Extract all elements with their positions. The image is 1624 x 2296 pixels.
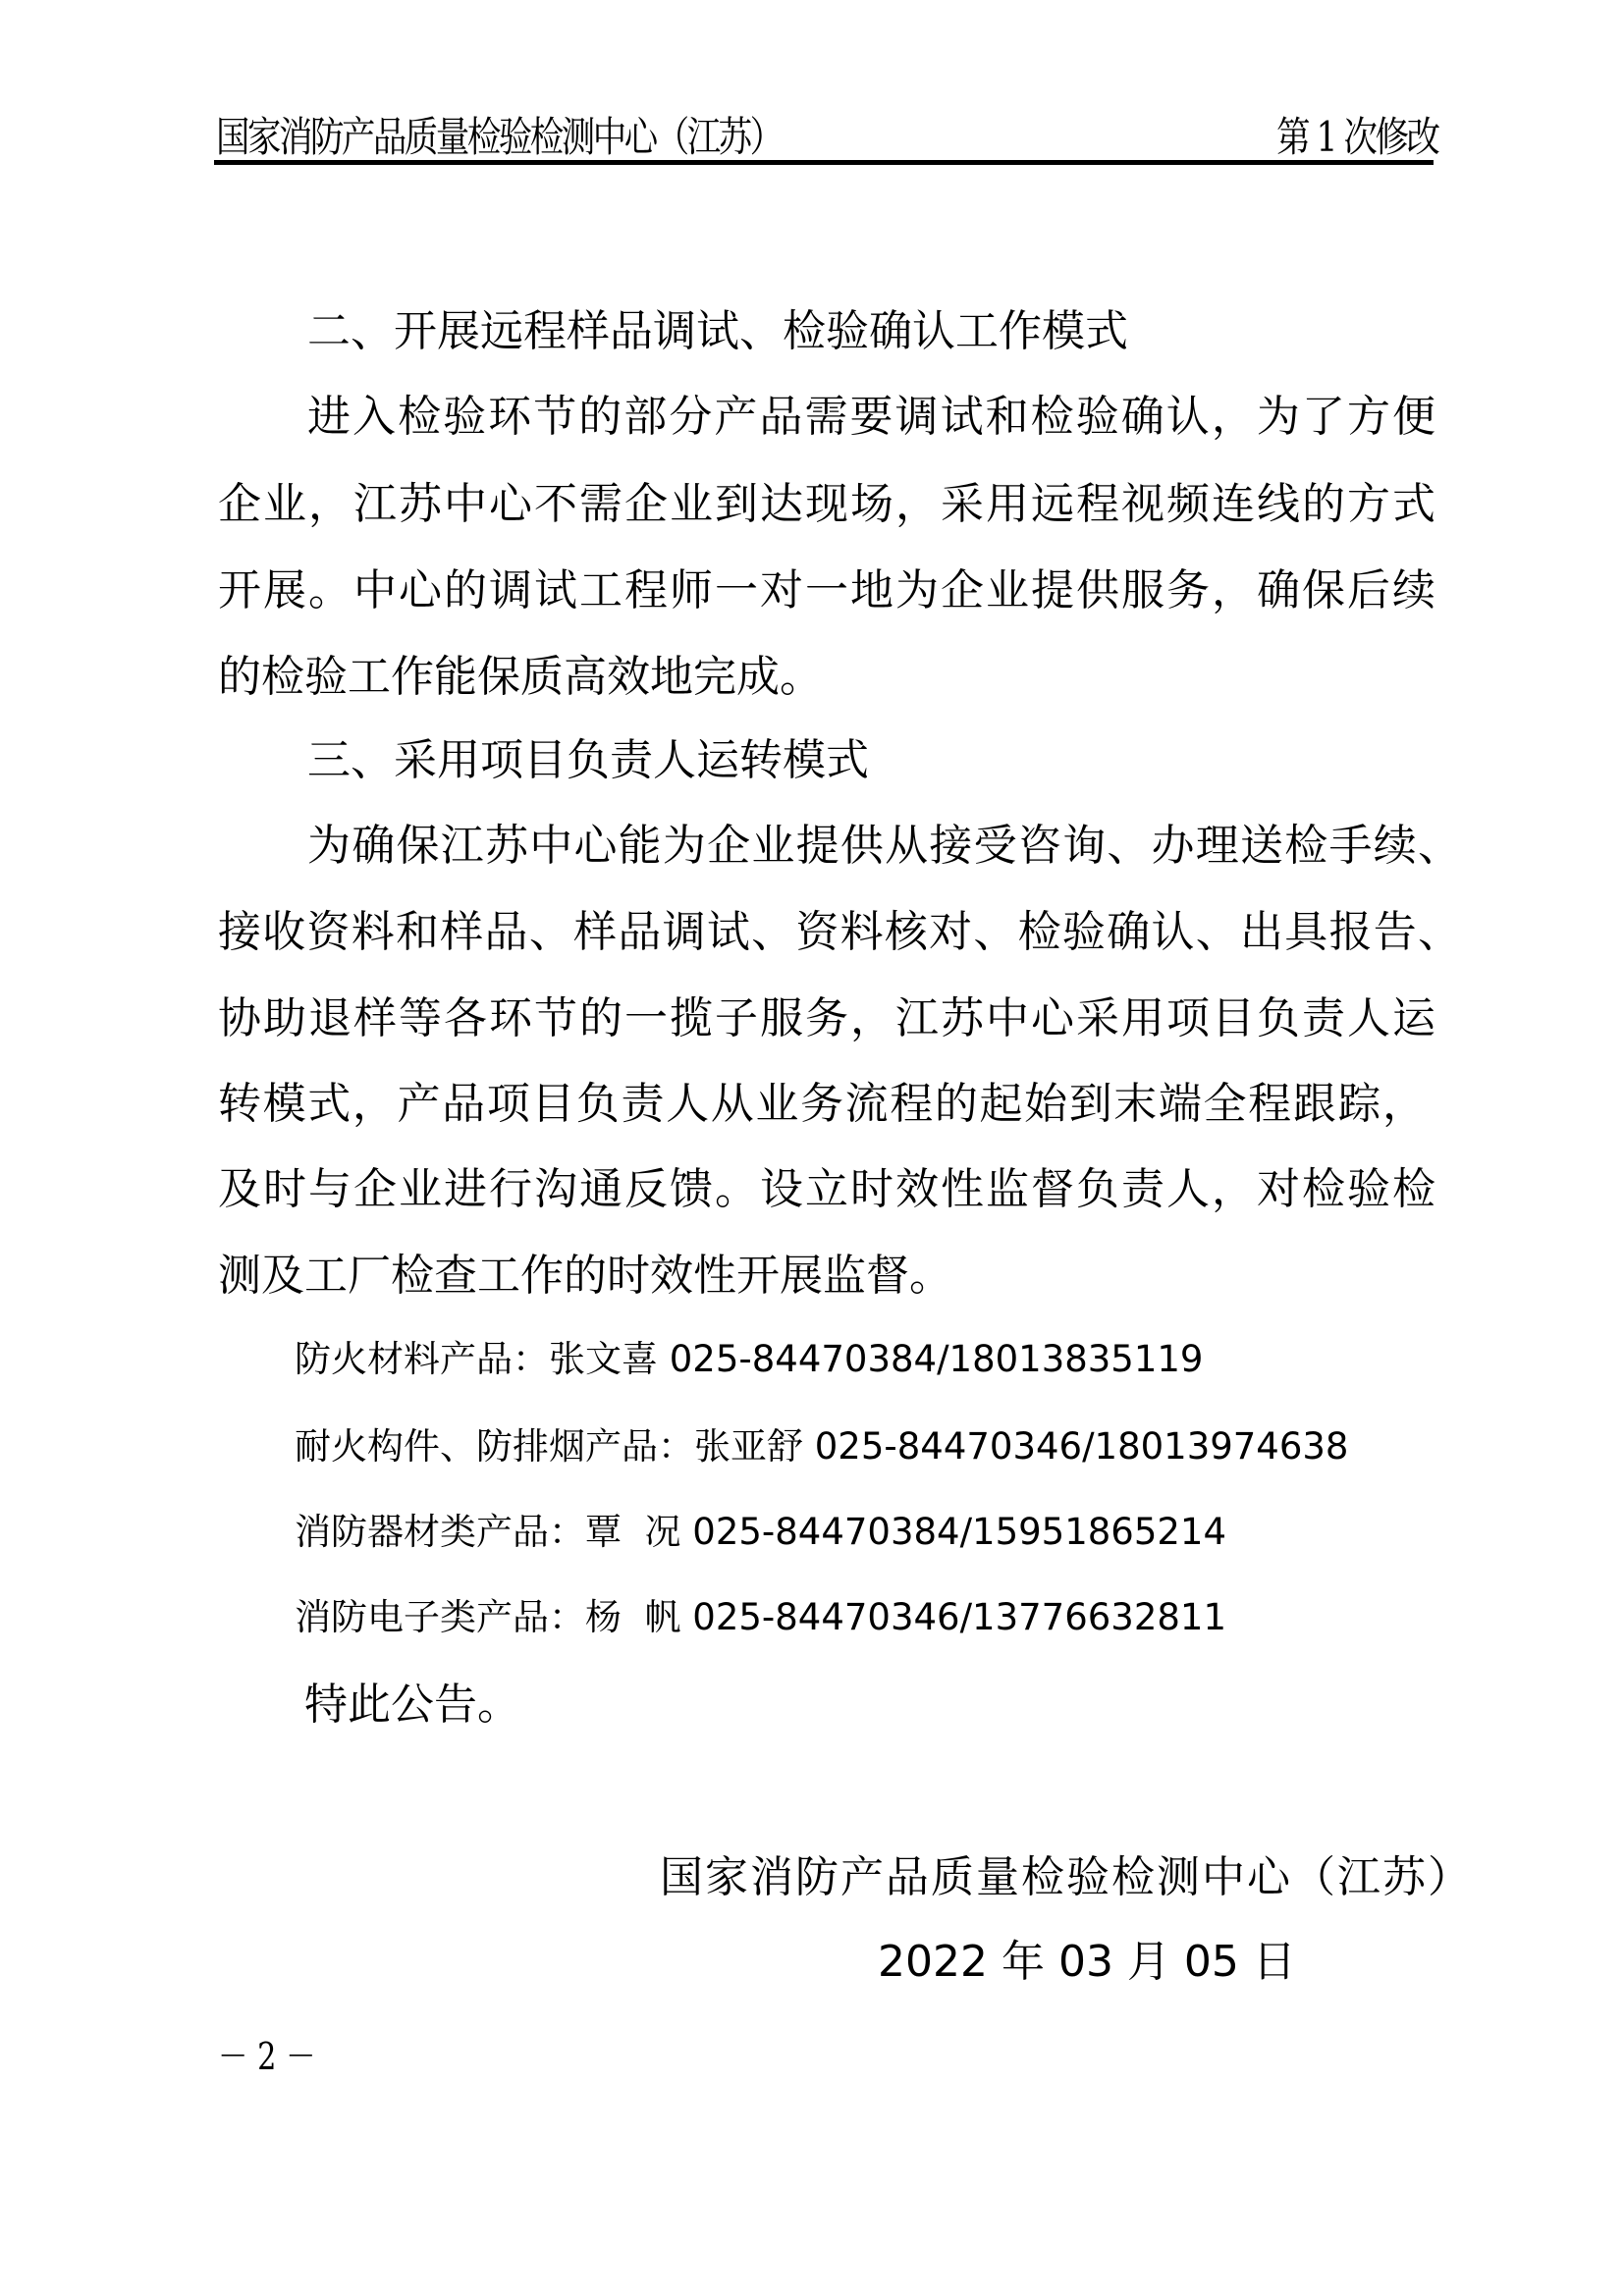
contact-phones: 025-84470346/18013974638 <box>815 1425 1349 1468</box>
paragraph-line: 为确保江苏中心能为企业提供从接受咨询、办理送检手续、 <box>307 817 1461 876</box>
contact-phones: 025-84470346/13776632811 <box>692 1596 1226 1638</box>
paragraph-line: 及时与企业进行沟通反馈。设立时效性监督负责人，对检验检 <box>218 1160 1435 1219</box>
paragraph-line: 转模式，产品项目负责人从业务流程的起始到末端全程跟踪， <box>218 1075 1426 1134</box>
paragraph-line: 接收资料和样品、样品调试、资料核对、检验确认、出具报告、 <box>218 903 1461 962</box>
contact-category: 耐火构件、防排烟产品： <box>295 1425 694 1468</box>
contact-name: 张文喜 <box>549 1338 658 1380</box>
contact-category: 消防器材类产品： <box>295 1511 585 1553</box>
paragraph-line: 企业，江苏中心不需企业到达现场，采用远程视频连线的方式 <box>218 475 1435 534</box>
signature-date: 2022 年 03 月 05 日 <box>878 1933 1296 1992</box>
header-divider <box>214 160 1434 165</box>
contact-row: 消防器材类产品：覃 况 025-84470384/15951865214 <box>295 1508 1226 1557</box>
contact-category: 防火材料产品： <box>295 1338 549 1380</box>
paragraph-line: 测及工厂检查工作的时效性开展监督。 <box>218 1247 952 1306</box>
contact-name: 覃 况 <box>585 1511 681 1553</box>
contact-row: 消防电子类产品：杨 帆 025-84470346/13776632811 <box>295 1593 1226 1642</box>
header-org-name: 国家消防产品质量检验检测中心（江苏） <box>216 113 782 162</box>
paragraph-line: 协助退样等各环节的一揽子服务，江苏中心采用项目负责人运 <box>218 989 1435 1048</box>
section-heading: 二、开展远程样品调试、检验确认工作模式 <box>307 302 1128 361</box>
paragraph-line: 进入检验环节的部分产品需要调试和检验确认，为了方便 <box>307 388 1435 447</box>
paragraph-line: 的检验工作能保质高效地完成。 <box>218 648 823 707</box>
contact-name: 张亚舒 <box>694 1425 803 1468</box>
contact-row: 耐火构件、防排烟产品：张亚舒 025-84470346/18013974638 <box>295 1422 1348 1471</box>
contact-name: 杨 帆 <box>585 1596 681 1638</box>
contact-phones: 025-84470384/18013835119 <box>670 1338 1204 1380</box>
header-revision: 第 1 次修改 <box>1276 113 1437 162</box>
section-heading: 三、采用项目负责人运转模式 <box>307 731 869 790</box>
closing-statement: 特此公告。 <box>304 1676 520 1735</box>
page-number: － 2 － <box>218 2032 315 2081</box>
contact-phones: 025-84470384/15951865214 <box>692 1511 1226 1553</box>
signature-org: 国家消防产品质量检验检测中心（江苏） <box>660 1848 1471 1907</box>
contact-category: 消防电子类产品： <box>295 1596 585 1638</box>
paragraph-line: 开展。中心的调试工程师一对一地为企业提供服务，确保后续 <box>218 561 1435 620</box>
contact-row: 防火材料产品：张文喜 025-84470384/18013835119 <box>295 1335 1203 1384</box>
